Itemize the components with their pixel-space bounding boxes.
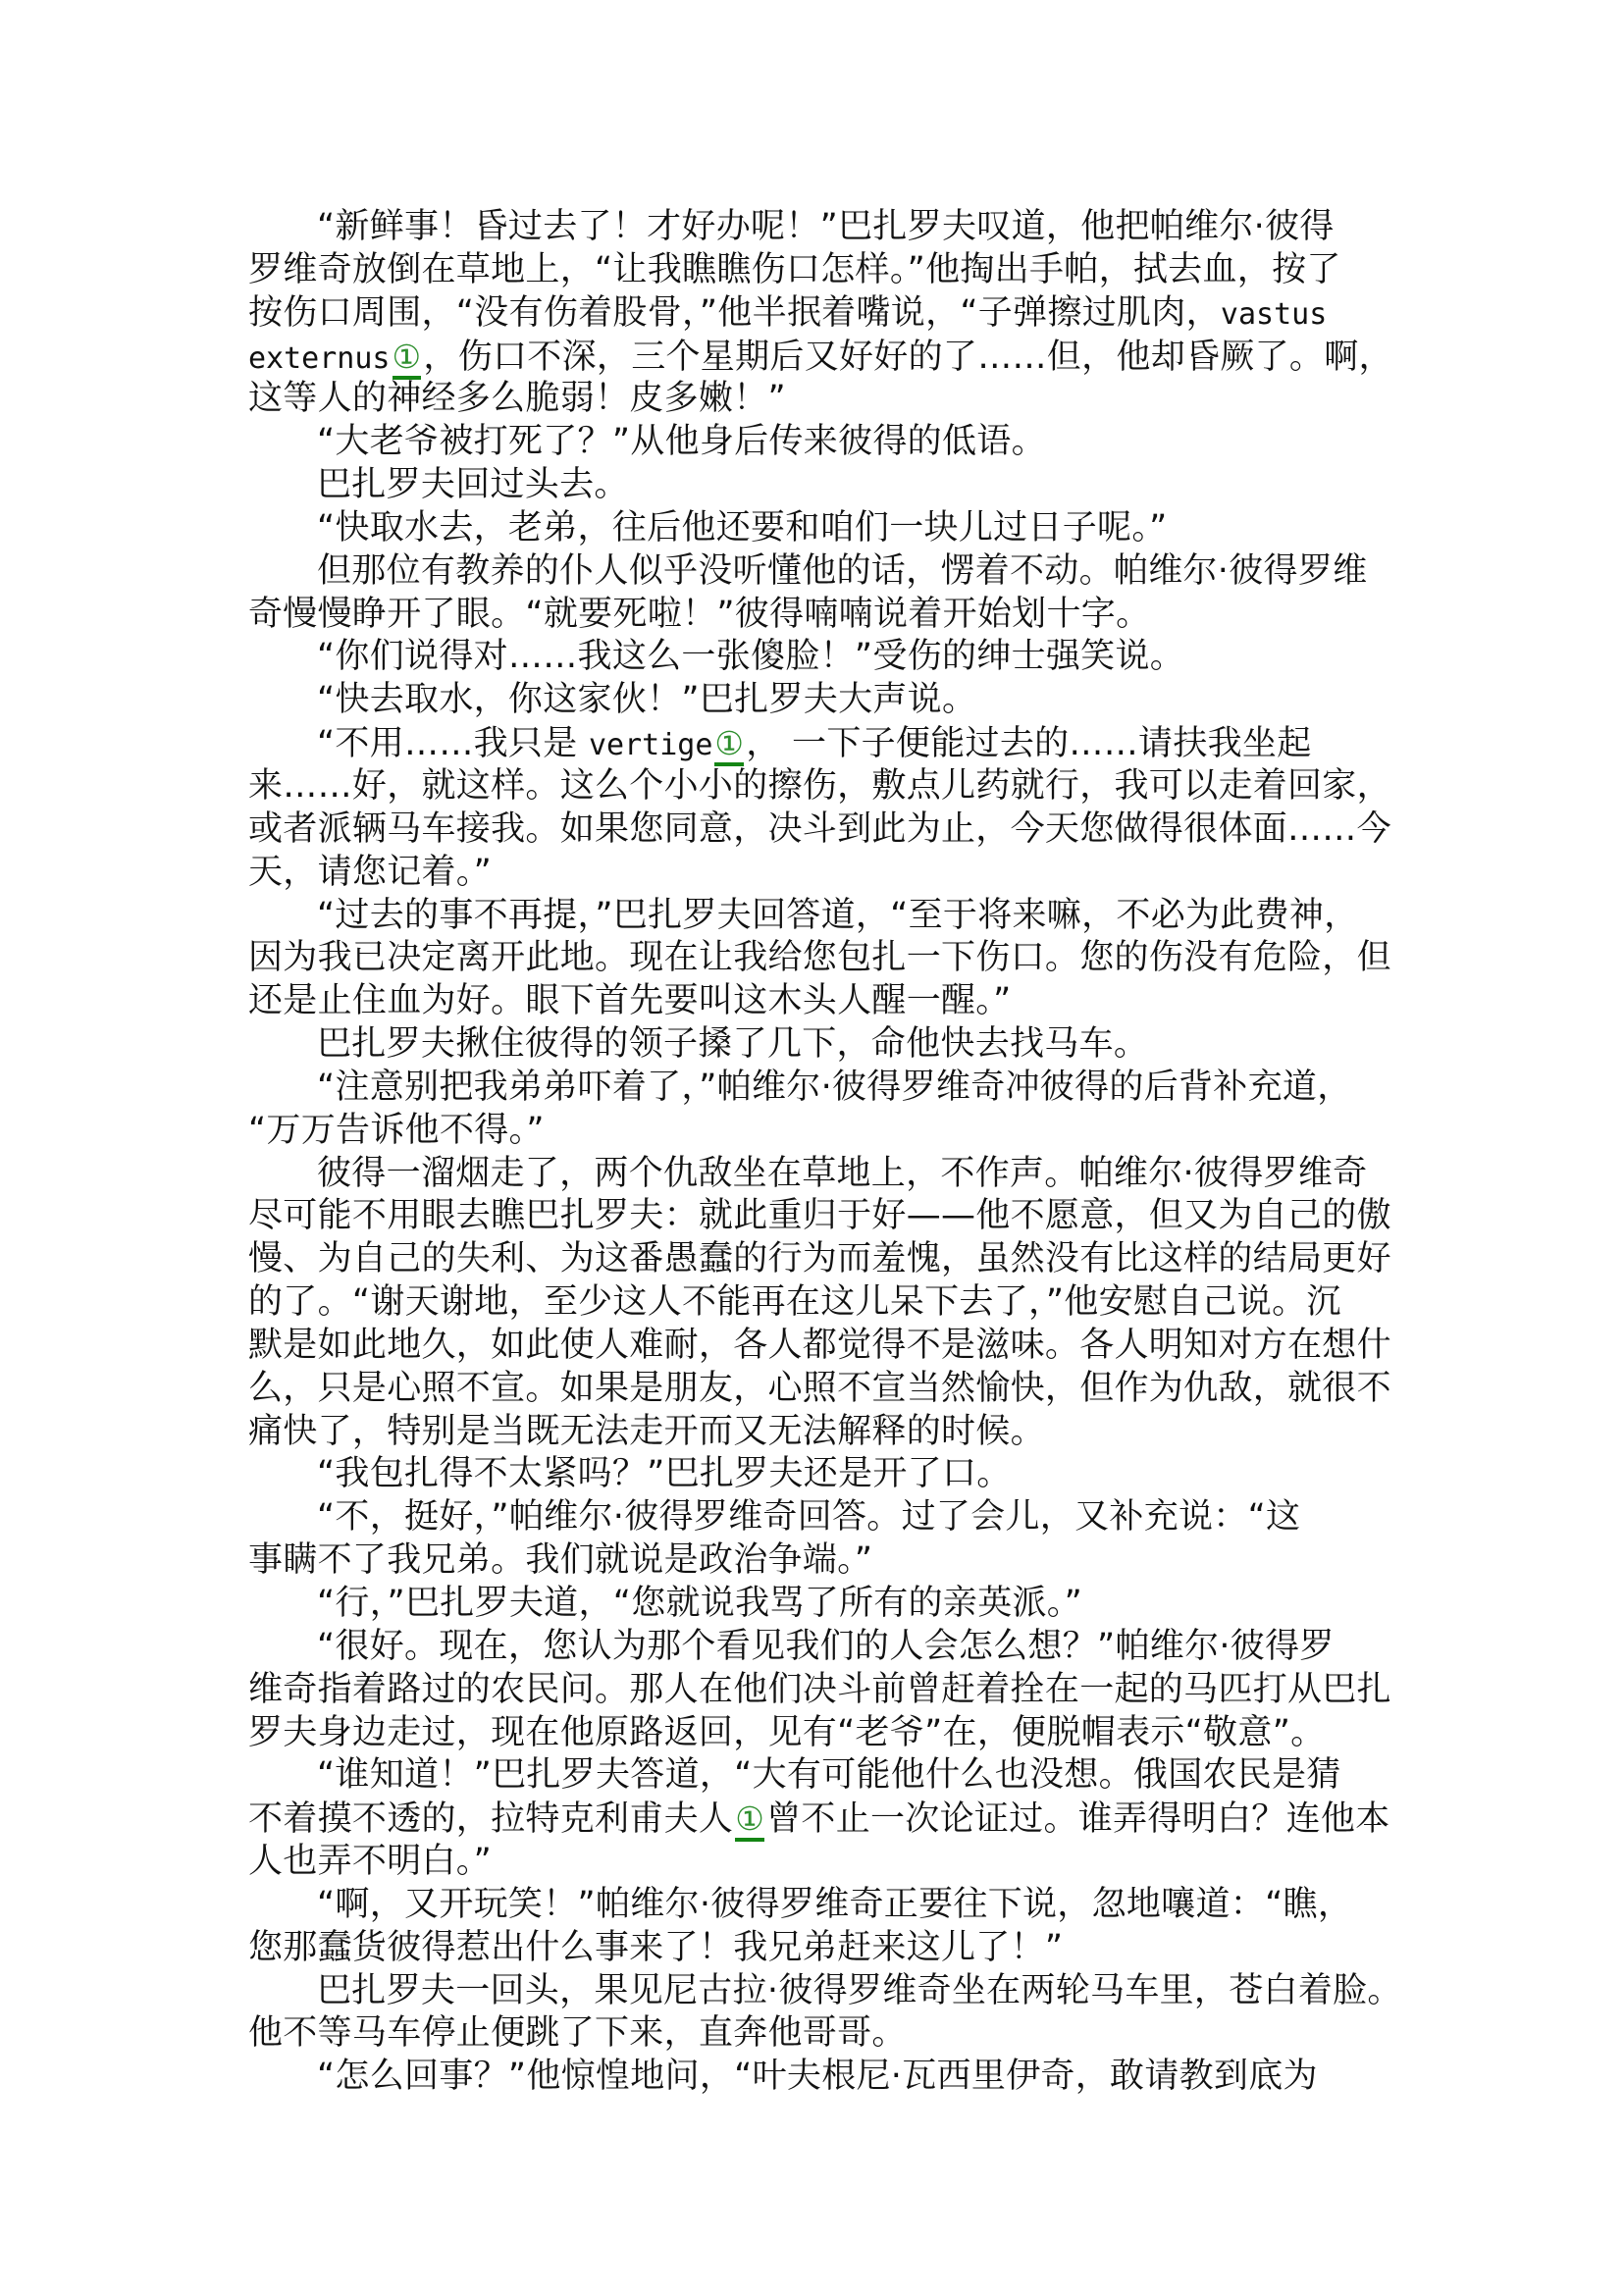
text-line: “注意别把我弟弟吓着了，”帕维尔·彼得罗维奇冲彼得的后背补充道， [248,1067,1359,1110]
text-line: 巴扎罗夫一回头，果见尼古拉·彼得罗维奇坐在两轮马车里，苍白着脸。 [248,1970,1359,2013]
text-line: 痛快了，特别是当既无法走开而又无法解释的时候。 [248,1411,1359,1454]
latin-word: vertige [589,728,712,762]
text-line: “万万告诉他不得。” [248,1110,1359,1153]
text-block: “新鲜事！昏过去了！才好办呢！”巴扎罗夫叹道，他把帕维尔·彼得罗维奇放倒在草地上… [248,206,1359,2099]
latin-word: vastus [1221,297,1327,332]
text-line: 您那蠢货彼得惹出什么事来了！我兄弟赶来这儿了！” [248,1927,1359,1970]
text-line: “行，”巴扎罗夫道，“您就说我骂了所有的亲英派。” [248,1583,1359,1626]
text-line: “快取水去，老弟，往后他还要和咱们一块儿过日子呢。” [248,507,1359,550]
latin-word: externus [248,341,391,376]
text-line: 因为我已决定离开此地。现在让我给您包扎一下伤口。您的伤没有危险，但 [248,937,1359,980]
text-line: 慢、为自己的失利、为这番愚蠢的行为而羞愧，虽然没有比这样的结局更好 [248,1238,1359,1281]
text-line: “过去的事不再提，”巴扎罗夫回答道，“至于将来嘛，不必为此费神， [248,895,1359,938]
text-line: “我包扎得不太紧吗？”巴扎罗夫还是开了口。 [248,1453,1359,1496]
text-line: 这等人的神经多么脆弱！皮多嫩！” [248,378,1359,421]
text-line: “快去取水，你这家伙！”巴扎罗夫大声说。 [248,679,1359,722]
text-line: “不，挺好，”帕维尔·彼得罗维奇回答。过了会儿，又补充说：“这 [248,1496,1359,1539]
text-line: “不用……我只是 vertige①， 一下子便能过去的……请扶我坐起 [248,722,1359,765]
text-line: 奇慢慢睁开了眼。“就要死啦！”彼得喃喃说着开始划十字。 [248,594,1359,637]
text-line: 尽可能不用眼去瞧巴扎罗夫：就此重归于好——他不愿意，但又为自己的傲 [248,1195,1359,1238]
footnote-ref-link[interactable]: ① [393,338,422,380]
text-line: 还是止住血为好。眼下首先要叫这木头人醒一醒。” [248,980,1359,1023]
text-line: “新鲜事！昏过去了！才好办呢！”巴扎罗夫叹道，他把帕维尔·彼得 [248,206,1359,249]
text-line: “怎么回事？”他惊惶地问，“叶夫根尼·瓦西里伊奇，敢请教到底为 [248,2056,1359,2099]
text-line: 但那位有教养的仆人似乎没听懂他的话，愣着不动。帕维尔·彼得罗维 [248,550,1359,594]
text-line: 么，只是心照不宣。如果是朋友，心照不宣当然愉快，但作为仇敌，就很不 [248,1368,1359,1411]
text-line: 罗维奇放倒在草地上，“让我瞧瞧伤口怎样。”他掏出手帕，拭去血，按了 [248,249,1359,292]
text-line: 按伤口周围，“没有伤着股骨，”他半抿着嘴说，“子弹擦过肌肉，vastus [248,292,1359,336]
footnote-ref-link[interactable]: ① [714,724,744,766]
text-line: “大老爷被打死了？”从他身后传来彼得的低语。 [248,421,1359,464]
text-line: 或者派辆马车接我。如果您同意，决斗到此为止，今天您做得很体面……今 [248,808,1359,852]
text-line: 人也弄不明白。” [248,1841,1359,1884]
text-line: 他不等马车停止便跳了下来，直奔他哥哥。 [248,2012,1359,2056]
text-line: 事瞒不了我兄弟。我们就说是政治争端。” [248,1539,1359,1583]
text-line: 罗夫身边走过，现在他原路返回，见有“老爷”在，便脱帽表示“敬意”。 [248,1712,1359,1755]
text-line: externus①，伤口不深，三个星期后又好好的了……但，他却昏厥了。啊， [248,336,1359,379]
text-line: “你们说得对……我这么一张傻脸！”受伤的绅士强笑说。 [248,636,1359,679]
text-line: 天，请您记着。” [248,852,1359,895]
footnote-ref-link[interactable]: ① [735,1799,764,1842]
text-line: 默是如此地久，如此使人难耐，各人都觉得不是滋味。各人明知对方在想什 [248,1325,1359,1368]
text-line: 不着摸不透的，拉特克利甫夫人①曾不止一次论证过。谁弄得明白？连他本 [248,1798,1359,1841]
text-line: 维奇指着路过的农民问。那人在他们决斗前曾赶着拴在一起的马匹打从巴扎 [248,1669,1359,1712]
text-line: 来……好，就这样。这么个小小的擦伤，敷点儿药就行，我可以走着回家， [248,765,1359,808]
text-line: 彼得一溜烟走了，两个仇敌坐在草地上，不作声。帕维尔·彼得罗维奇 [248,1153,1359,1196]
text-line: 巴扎罗夫揪住彼得的领子搡了几下，命他快去找马车。 [248,1023,1359,1067]
text-line: 的了。“谢天谢地，至少这人不能再在这儿呆下去了，”他安慰自己说。沉 [248,1281,1359,1325]
book-page: “新鲜事！昏过去了！才好办呢！”巴扎罗夫叹道，他把帕维尔·彼得罗维奇放倒在草地上… [0,0,1624,2294]
text-line: “啊，又开玩笑！”帕维尔·彼得罗维奇正要往下说，忽地嚷道：“瞧， [248,1884,1359,1927]
text-line: “很好。现在，您认为那个看见我们的人会怎么想？”帕维尔·彼得罗 [248,1626,1359,1669]
text-line: 巴扎罗夫回过头去。 [248,464,1359,507]
text-line: “谁知道！”巴扎罗夫答道，“大有可能他什么也没想。俄国农民是猜 [248,1754,1359,1798]
